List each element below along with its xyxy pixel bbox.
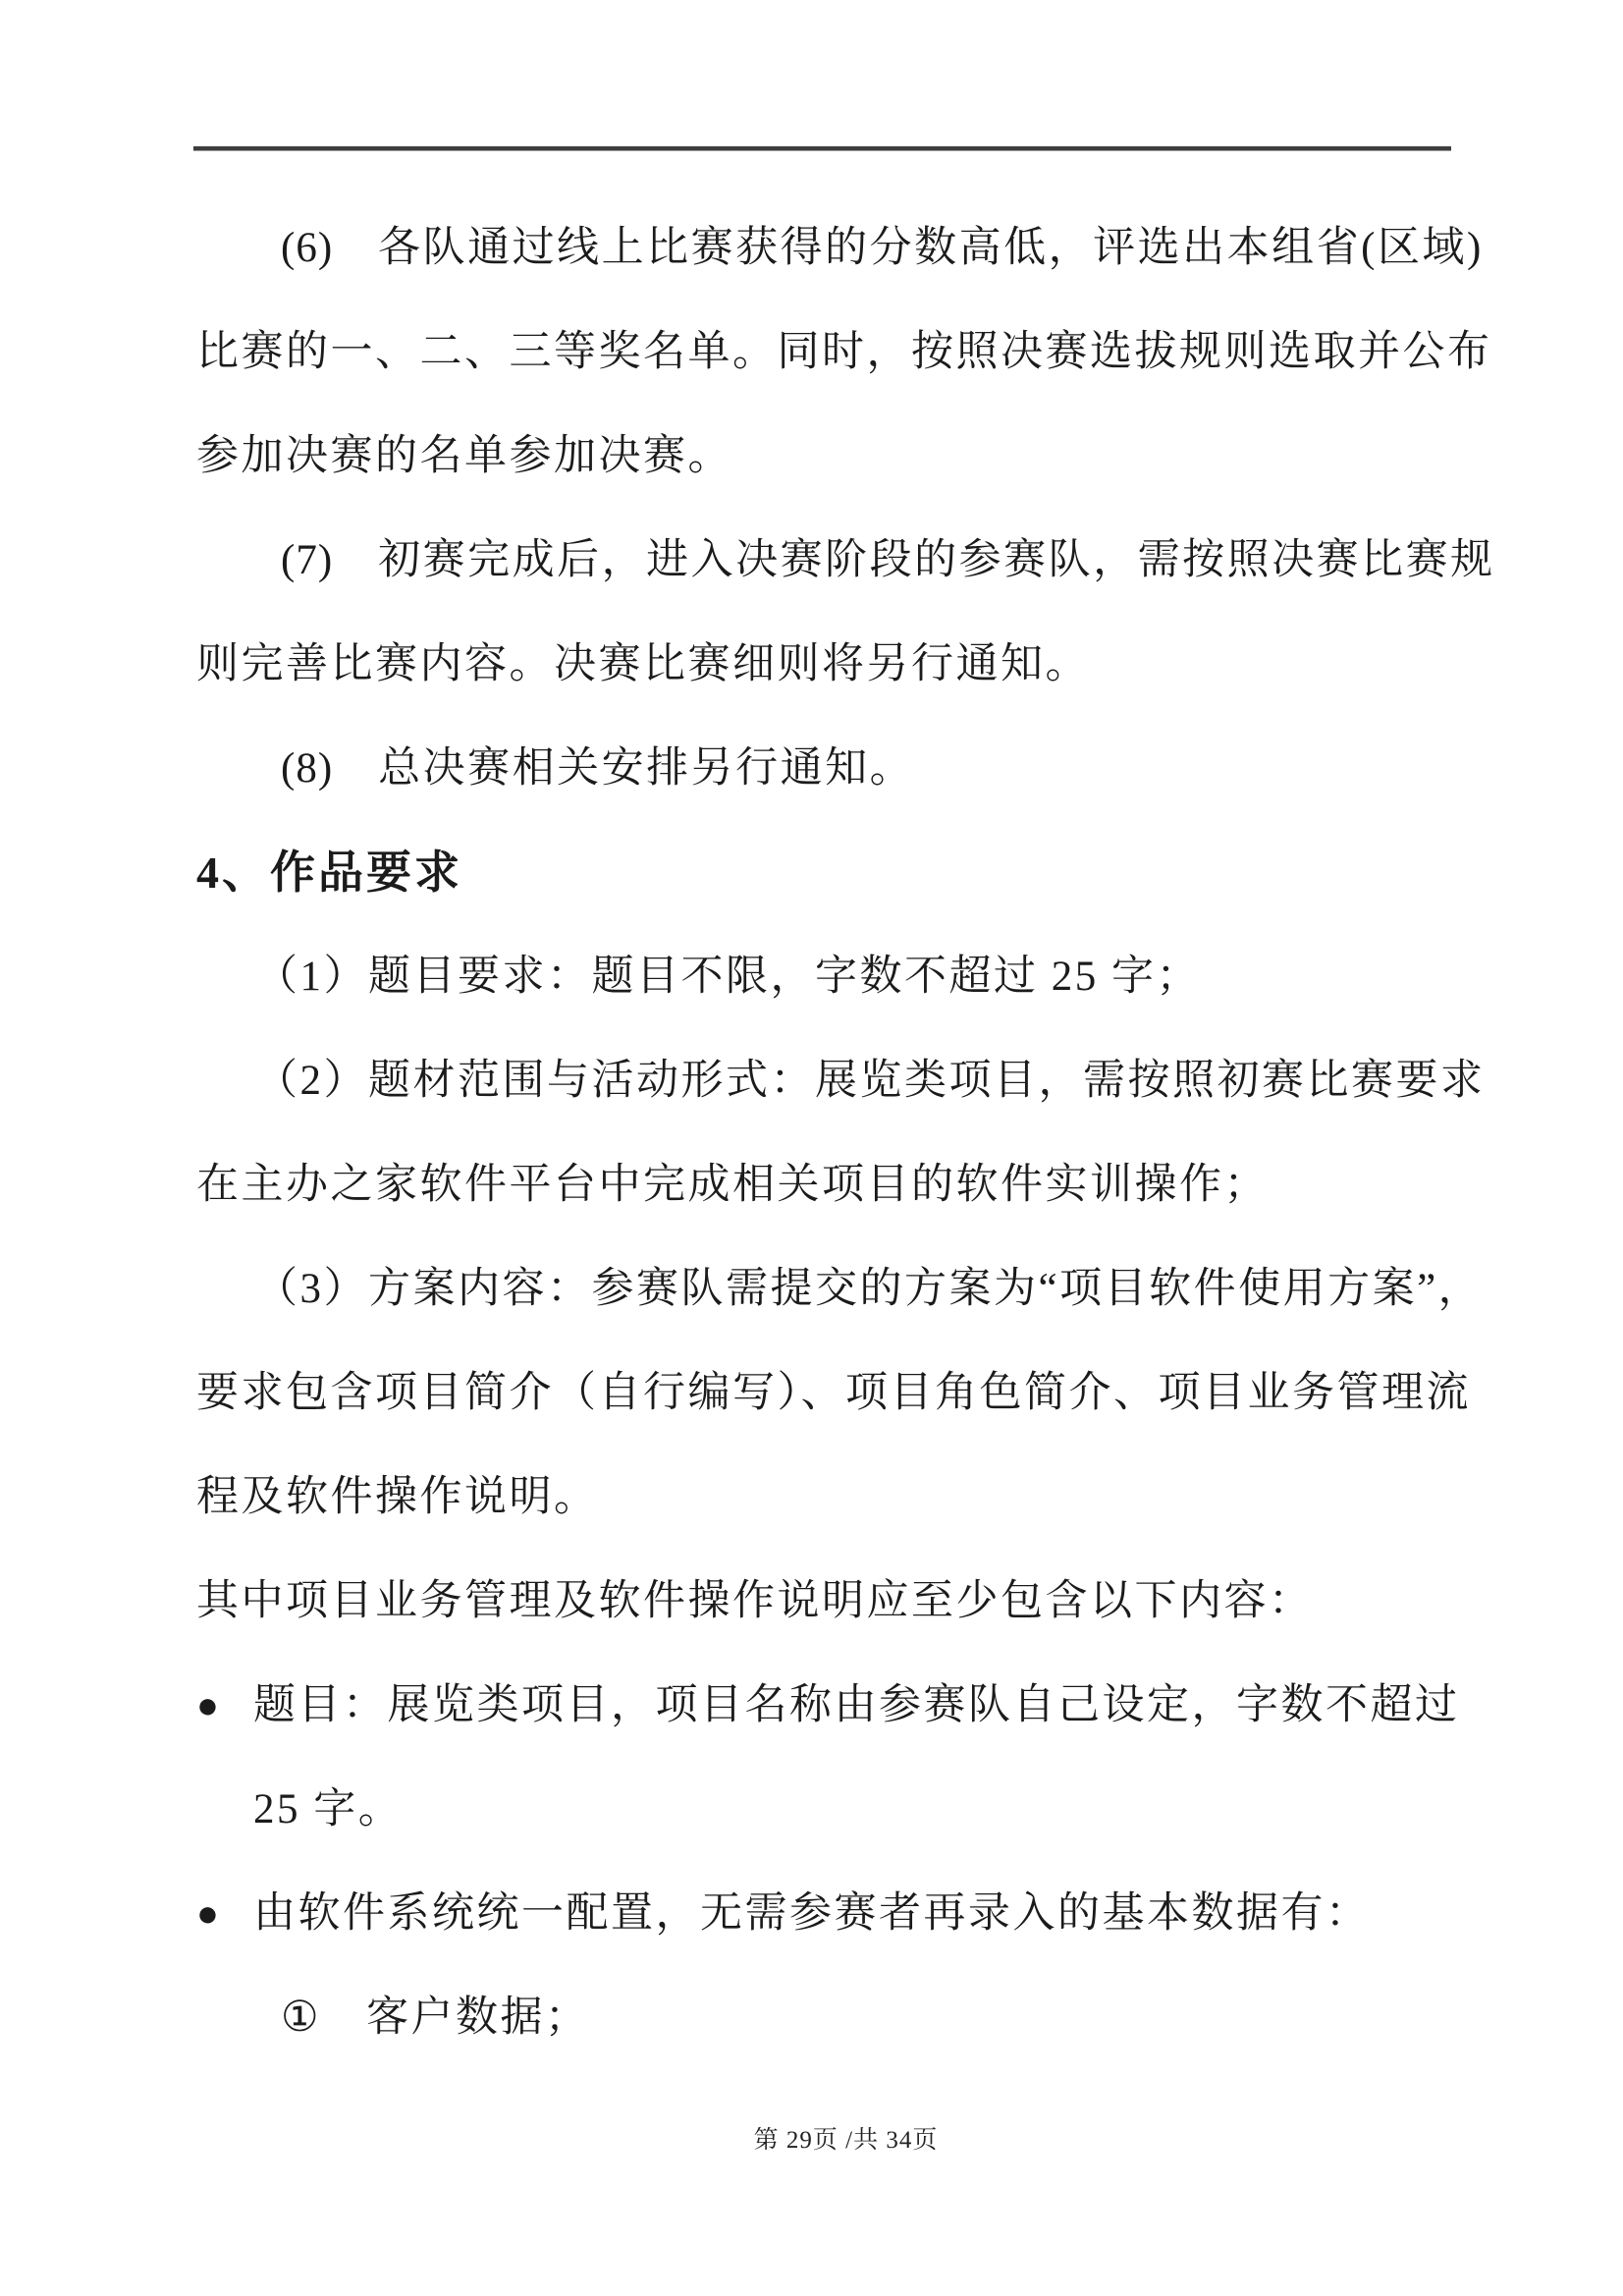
paragraph-number: (6) — [281, 225, 333, 271]
circled-number-icon: ① — [281, 1995, 321, 2041]
sub-item-customer-data: ①客户数据； — [196, 1966, 1473, 2070]
document-body: (6)各队通过线上比赛获得的分数高低，评选出本组省(区域) 比赛的一、二、三等奖… — [196, 196, 1473, 2070]
paragraph-number: (8) — [281, 745, 333, 792]
intro-line: 其中项目业务管理及软件操作说明应至少包含以下内容： — [196, 1550, 1473, 1654]
bullet-item-title-line-2: 25 字。 — [196, 1758, 1473, 1862]
bullet-item-title-line-1: ●题目：展览类项目，项目名称由参赛队自己设定，字数不超过 — [196, 1654, 1473, 1758]
sub-item-text: 客户数据； — [366, 1995, 590, 2041]
document-page: (6)各队通过线上比赛获得的分数高低，评选出本组省(区域) 比赛的一、二、三等奖… — [0, 0, 1623, 2296]
bullet-text: 由软件系统统一配置，无需参赛者再录入的基本数据有： — [253, 1862, 1473, 1966]
item-3-line-2: 要求包含项目简介（自行编写）、项目角色简介、项目业务管理流 — [196, 1341, 1473, 1446]
bullet-icon: ● — [196, 1654, 253, 1758]
paragraph-number: (7) — [281, 537, 333, 583]
paragraph-text: 初赛完成后，进入决赛阶段的参赛队，需按照决赛比赛规 — [378, 537, 1495, 583]
item-3-line-1: （3）方案内容：参赛队需提交的方案为“项目软件使用方案”， — [196, 1237, 1473, 1341]
paragraph-7-line-2: 则完善比赛内容。决赛比赛细则将另行通知。 — [196, 613, 1473, 717]
paragraph-8-line-1: (8)总决赛相关安排另行通知。 — [196, 717, 1473, 821]
section-heading: 4、作品要求 — [196, 821, 1473, 925]
paragraph-7-line-1: (7)初赛完成后，进入决赛阶段的参赛队，需按照决赛比赛规 — [196, 509, 1473, 613]
footer-page-number: 第 29页 /共 34页 — [0, 2119, 1623, 2162]
header-rule — [193, 146, 1451, 151]
bullet-text: 题目：展览类项目，项目名称由参赛队自己设定，字数不超过 — [253, 1654, 1473, 1758]
item-1-line: （1）题目要求：题目不限，字数不超过 25 字； — [196, 925, 1473, 1029]
item-2-line-2: 在主办之家软件平台中完成相关项目的软件实训操作； — [196, 1133, 1473, 1237]
bullet-item-data-line: ●由软件系统统一配置，无需参赛者再录入的基本数据有： — [196, 1862, 1473, 1966]
item-3-line-3: 程及软件操作说明。 — [196, 1446, 1473, 1550]
bullet-icon: ● — [196, 1862, 253, 1966]
paragraph-6-line-2: 比赛的一、二、三等奖名单。同时，按照决赛选拔规则选取并公布 — [196, 301, 1473, 405]
item-2-line-1: （2）题材范围与活动形式：展览类项目，需按照初赛比赛要求 — [196, 1029, 1473, 1133]
paragraph-text: 各队通过线上比赛获得的分数高低，评选出本组省(区域) — [378, 225, 1484, 271]
paragraph-6-line-3: 参加决赛的名单参加决赛。 — [196, 405, 1473, 509]
paragraph-6-line-1: (6)各队通过线上比赛获得的分数高低，评选出本组省(区域) — [196, 196, 1473, 301]
paragraph-text: 总决赛相关安排另行通知。 — [378, 745, 914, 792]
